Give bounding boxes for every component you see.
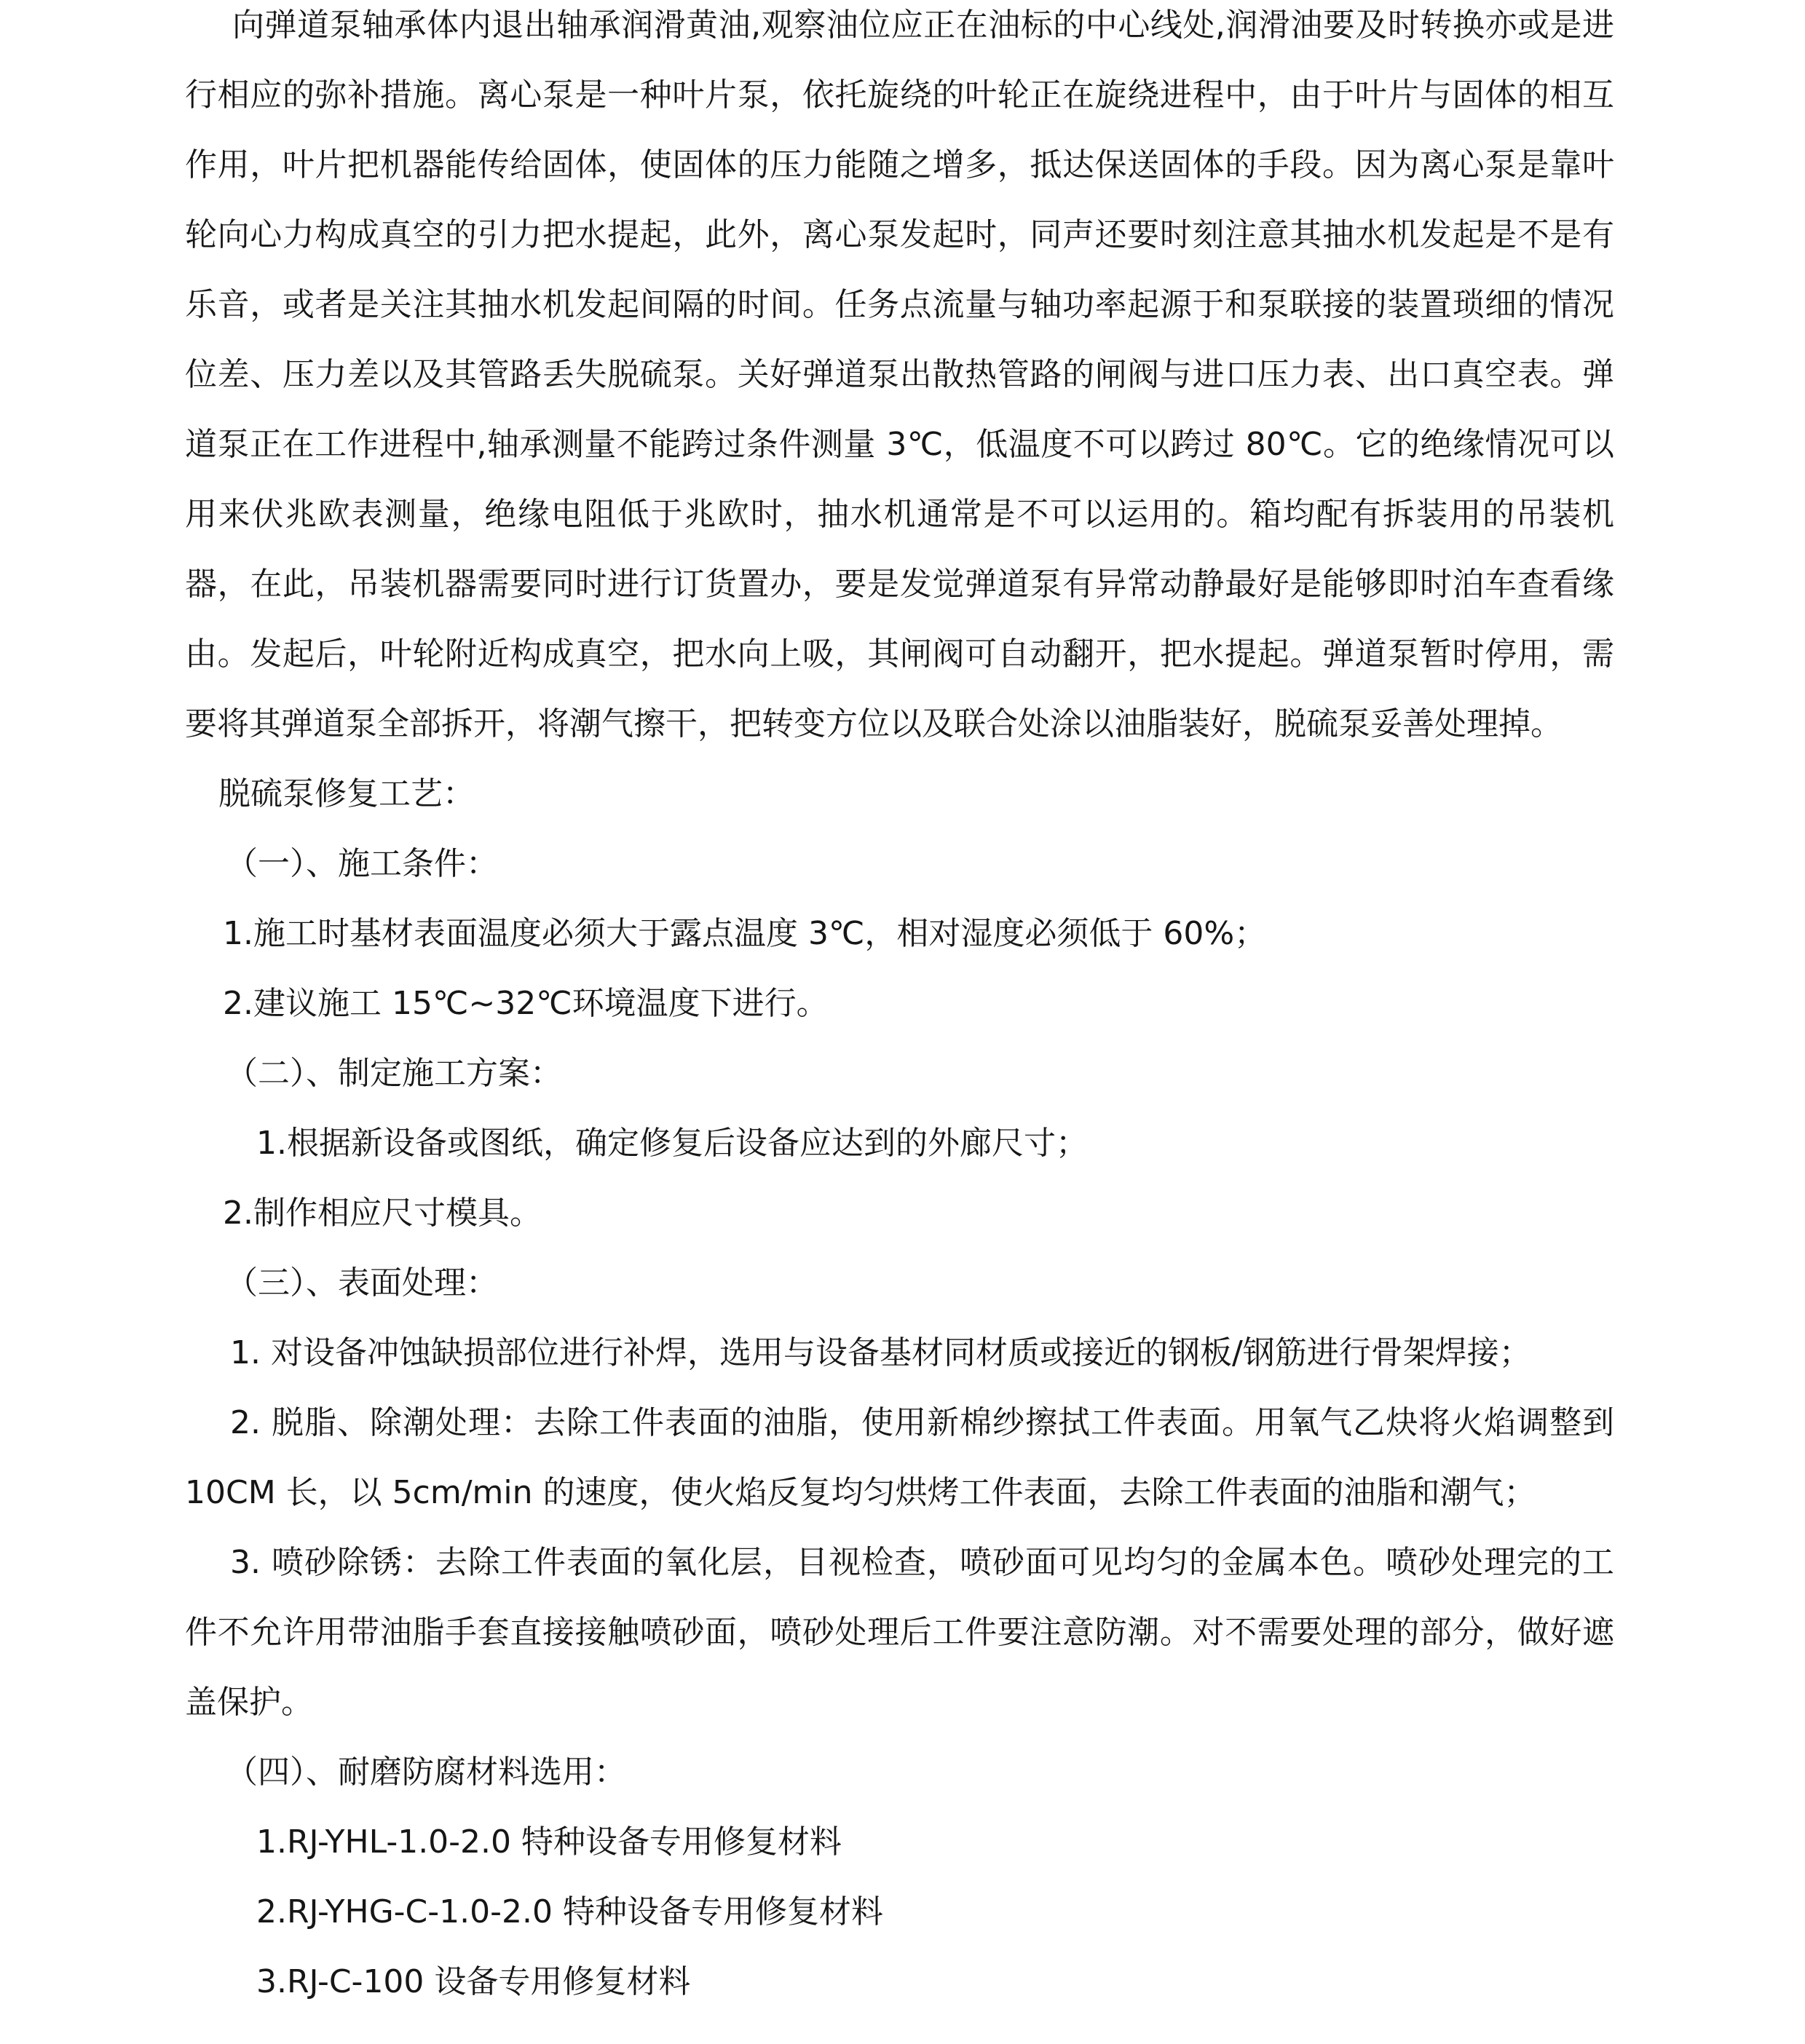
heading-section-4-material-selection: （四）、耐磨防腐材料选用： <box>185 1738 1614 1807</box>
document-page: 向弹道泵轴承体内退出轴承润滑黄油,观察油位应正在油标的中心线处,润滑油要及时转换… <box>0 0 1805 2035</box>
item-material-1-rj-yhl: 1.RJ-YHL-1.0-2.0 特种设备专用修复材料 <box>185 1807 1614 1877</box>
item-surface-1-repair-welding: 1. 对设备冲蚀缺损部位进行补焊，选用与设备基材同材质或接近的钢板/钢筋进行骨架… <box>185 1318 1614 1388</box>
heading-desulfurization-pump-repair-process: 脱硫泵修复工艺： <box>185 759 1614 829</box>
heading-section-1-construction-conditions: （一）、施工条件： <box>185 829 1614 899</box>
item-condition-2-ambient-temperature: 2.建议施工 15℃~32℃环境温度下进行。 <box>185 969 1614 1039</box>
item-plan-1-outline-dimensions: 1.根据新设备或图纸，确定修复后设备应达到的外廊尺寸； <box>185 1109 1614 1179</box>
item-surface-2-degreasing-dehumidifying: 2. 脱脂、除潮处理：去除工件表面的油脂，使用新棉纱擦拭工件表面。用氧气乙炔将火… <box>185 1388 1614 1528</box>
item-plan-2-make-mold: 2.制作相应尺寸模具。 <box>185 1179 1614 1248</box>
item-surface-3-sandblasting-derusting: 3. 喷砂除锈：去除工件表面的氧化层，目视检查，喷砂面可见均匀的金属本色。喷砂处… <box>185 1528 1614 1738</box>
item-condition-1-surface-temperature: 1.施工时基材表面温度必须大于露点温度 3℃，相对湿度必须低于 60%； <box>185 899 1614 969</box>
item-material-3-rj-c-100: 3.RJ-C-100 设备专用修复材料 <box>185 1947 1614 2017</box>
item-material-2-rj-yhg-c: 2.RJ-YHG-C-1.0-2.0 特种设备专用修复材料 <box>185 1877 1614 1947</box>
paragraph-pump-overview: 向弹道泵轴承体内退出轴承润滑黄油,观察油位应正在油标的中心线处,润滑油要及时转换… <box>185 0 1614 759</box>
heading-section-3-surface-treatment: （三）、表面处理： <box>185 1248 1614 1318</box>
heading-section-2-construction-plan: （二）、制定施工方案： <box>185 1039 1614 1109</box>
